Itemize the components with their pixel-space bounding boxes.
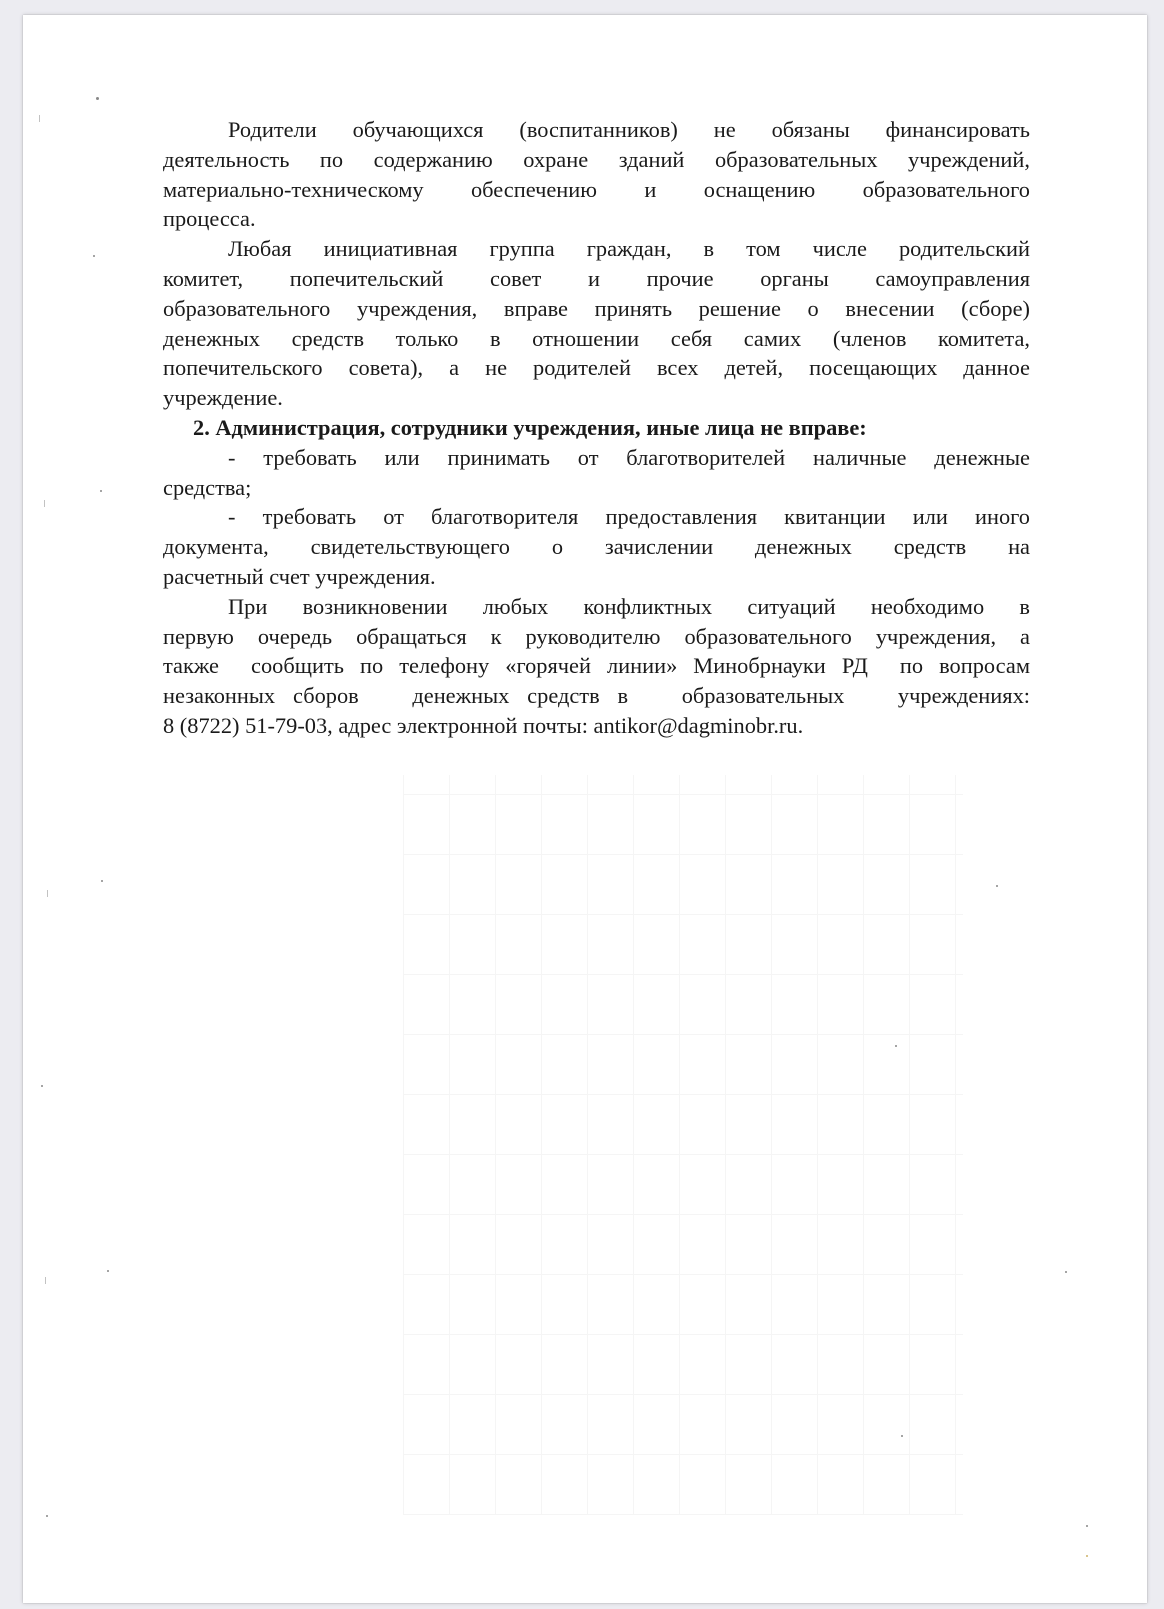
text-line: Родители обучающихся (воспитанников) не … [163,115,1030,145]
text-line: средства; [163,473,1030,503]
text-line: первую очередь обращаться к руководителю… [163,622,1030,652]
text-line: деятельность по содержанию охране зданий… [163,145,1030,175]
text-line: При возникновении любых конфликтных ситу… [163,592,1030,622]
section-heading-2: 2. Администрация, сотрудники учреждения,… [163,413,1030,443]
paragraph-initiative-group: Любая инициативная группа граждан, в том… [163,234,1030,413]
scan-speck [107,1270,109,1272]
scan-speck [41,1085,43,1087]
scan-speck [901,1435,903,1437]
text-line: незаконных сборов денежных средств в обр… [163,681,1030,711]
scan-speck [1086,1555,1088,1557]
scan-speck [996,885,998,887]
paragraph-conflict-hotline: При возникновении любых конфликтных ситу… [163,592,1030,741]
scan-speck [93,255,95,257]
text-line: также сообщить по телефону «горячей лини… [163,651,1030,681]
paragraph-parents-not-obliged: Родители обучающихся (воспитанников) не … [163,115,1030,234]
text-line: Любая инициативная группа граждан, в том… [163,234,1030,264]
scan-speck [1065,1271,1067,1273]
document-page: Родители обучающихся (воспитанников) не … [23,15,1147,1603]
scan-mark [39,115,40,122]
text-line: процесса. [163,204,1030,234]
scan-mark [47,890,48,897]
scan-mark [45,1277,46,1284]
contact-line: 8 (8722) 51-79-03, адрес электронной поч… [163,711,1030,741]
text-line: попечительского совета), а не родителей … [163,353,1030,383]
text-line: - требовать от благотворителя предоставл… [163,502,1030,532]
scan-speck [1086,1525,1088,1527]
scan-speck [96,97,99,100]
text-line: денежных средств только в отношении себя… [163,324,1030,354]
document-body: Родители обучающихся (воспитанников) не … [163,115,1030,741]
text-line: расчетный счет учреждения. [163,562,1030,592]
scan-speck [46,1515,48,1517]
text-line: - требовать или принимать от благотворит… [163,443,1030,473]
section-heading: 2. Администрация, сотрудники учреждения,… [163,413,1030,443]
scan-speck [101,880,103,882]
scan-mark [44,500,45,507]
text-line: комитет, попечительский совет и прочие о… [163,264,1030,294]
text-line: документа, свидетельствующего о зачислен… [163,532,1030,562]
text-line: учреждение. [163,383,1030,413]
scan-speck [100,490,102,492]
list-item-receipt: - требовать от благотворителя предоставл… [163,502,1030,591]
scan-speck [895,1045,897,1047]
text-line: образовательного учреждения, вправе прин… [163,294,1030,324]
faded-background-table [403,775,963,1515]
list-item-cash: - требовать или принимать от благотворит… [163,443,1030,503]
text-line: материально-техническому обеспечению и о… [163,175,1030,205]
